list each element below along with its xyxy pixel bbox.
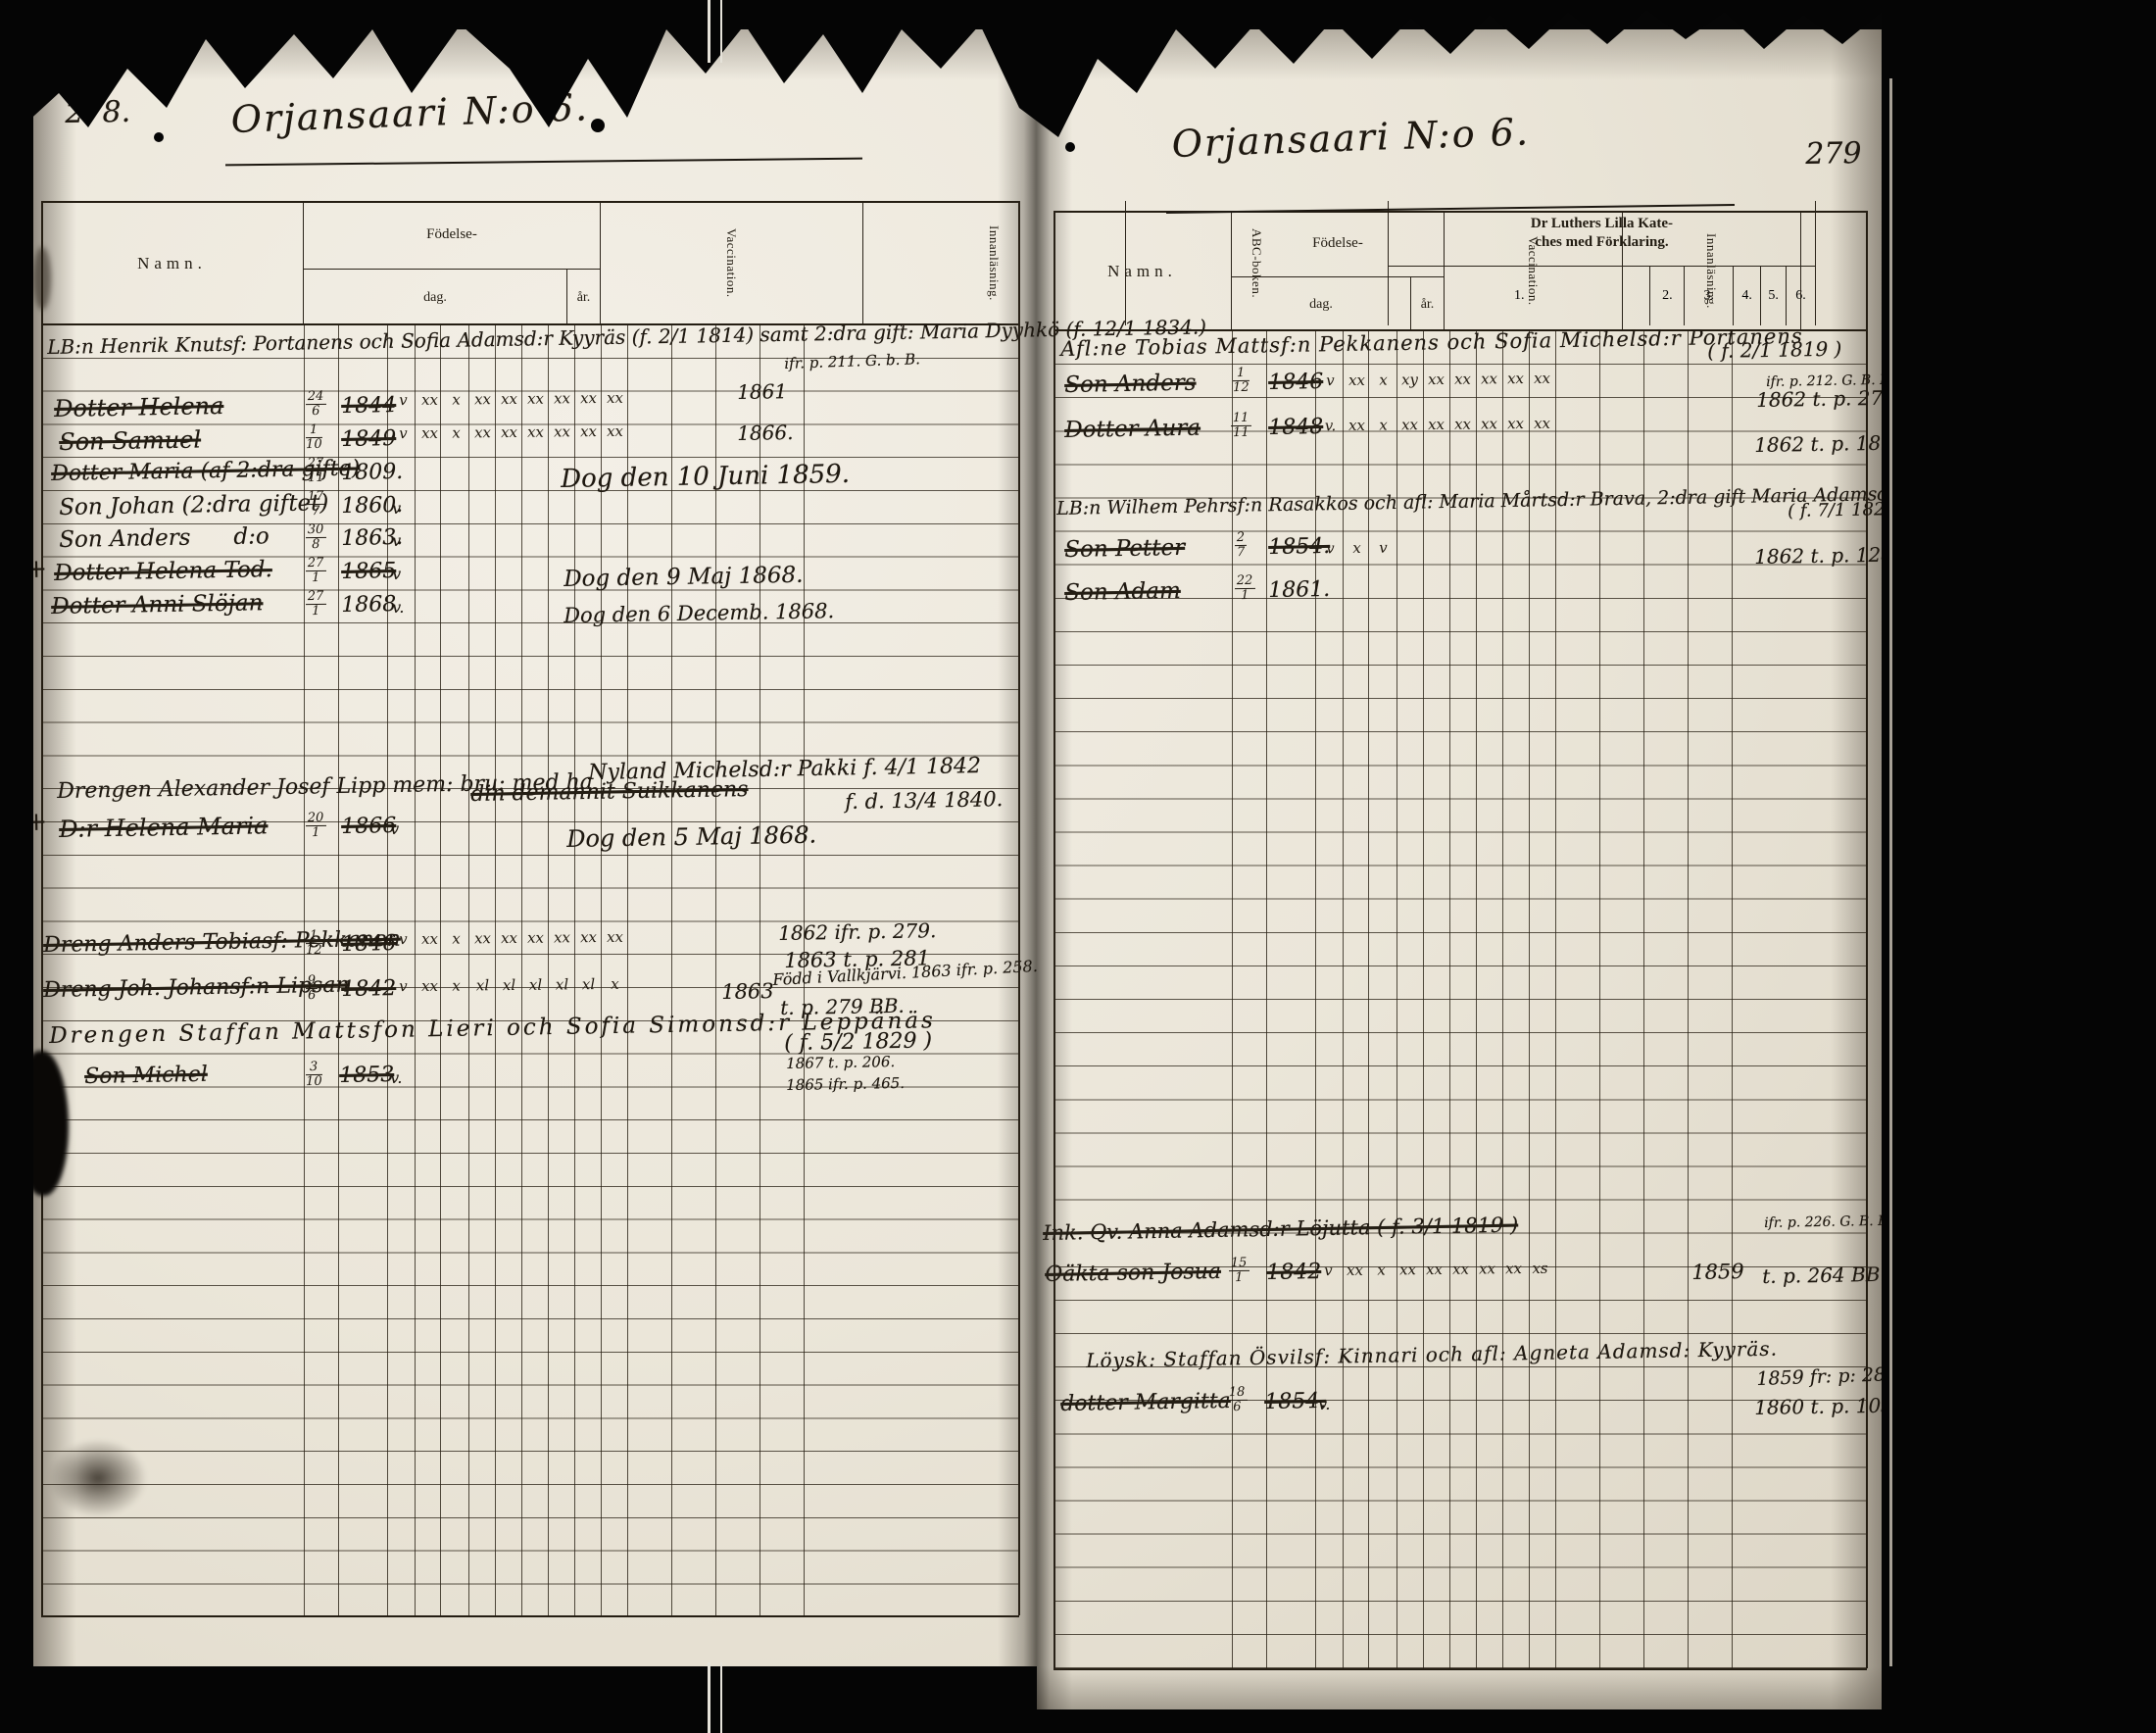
mark-cell: xx bbox=[416, 424, 443, 442]
mark-cell: xx bbox=[1529, 370, 1555, 387]
column-line bbox=[1315, 331, 1316, 1668]
column-line bbox=[1449, 331, 1450, 1668]
mark-cell: xx bbox=[416, 391, 443, 409]
handwritten-text: 1862 t. p. 189. bbox=[1754, 430, 1899, 457]
handwritten-text: v. bbox=[390, 1068, 403, 1087]
handwritten-date-fraction: 151 bbox=[1229, 1257, 1249, 1287]
column-line bbox=[548, 325, 549, 1615]
header-vacc-label: Vaccination. bbox=[724, 228, 739, 298]
film-separation-line-top-2 bbox=[720, 0, 722, 63]
smudge-left-margin bbox=[33, 247, 51, 310]
mark-cell: xx bbox=[1447, 1261, 1474, 1278]
mark-cell: v. bbox=[1317, 417, 1344, 434]
handwritten-text: 1867 t. p. 206. bbox=[786, 1053, 895, 1072]
mark-cell: xx bbox=[1474, 1260, 1500, 1277]
column-line bbox=[495, 325, 496, 1615]
examination-marks: vxxxxxxxxxxxxxxs bbox=[1315, 1260, 1553, 1280]
handwritten-text: 1863 bbox=[721, 979, 774, 1004]
handwritten-text: 1862 ifr. p. 279. bbox=[778, 918, 937, 945]
mark-cell: v bbox=[1317, 371, 1344, 389]
mark-cell: xx bbox=[549, 389, 575, 407]
handwritten-text: v. bbox=[392, 598, 405, 617]
handwritten-text: 1846 bbox=[1268, 370, 1323, 395]
film-separation-line-bottom-1 bbox=[708, 1662, 710, 1733]
handwritten-text: 1866. bbox=[737, 421, 794, 445]
scan-border-right bbox=[1882, 0, 2156, 1733]
header-vacc: Vaccination. bbox=[601, 201, 863, 325]
handwritten-text: Dotter Anni Slöjan bbox=[51, 590, 264, 619]
handwritten-text: din demannit Suikkanens bbox=[470, 777, 749, 807]
table-right-border bbox=[1866, 211, 1868, 1668]
handwritten-date-fraction: 271 bbox=[306, 557, 326, 587]
handwritten-text: 1842 bbox=[341, 976, 396, 1002]
handwritten-text: dotter Margitta bbox=[1060, 1389, 1231, 1416]
header-fodelse: Födelse-dag.år. bbox=[1232, 211, 1445, 331]
header-ar-label: år. bbox=[1411, 297, 1444, 313]
handwritten-text: Son Anders bbox=[1064, 371, 1197, 398]
handwritten-text: v bbox=[392, 565, 401, 583]
handwritten-text: 1860 t. p. 103. bbox=[1754, 1393, 1899, 1419]
column-line bbox=[1476, 331, 1477, 1668]
mark-cell: v bbox=[1370, 539, 1396, 557]
column-line bbox=[715, 325, 716, 1615]
header-namn: Namn. bbox=[1053, 211, 1232, 331]
examination-marks: vxxxxxxxxxxxxxxx bbox=[390, 928, 628, 949]
handwritten-date-fraction: 308 bbox=[306, 523, 326, 554]
mark-cell: xx bbox=[496, 390, 522, 408]
handwritten-date-fraction: 96 bbox=[306, 974, 318, 1004]
mark-cell: xx bbox=[1396, 416, 1423, 433]
handwritten-text: v bbox=[392, 531, 401, 550]
mark-cell: xx bbox=[522, 929, 549, 947]
column-line bbox=[759, 325, 760, 1615]
examination-marks: vxxxxxxxxxxxxxxx bbox=[390, 422, 628, 443]
handwritten-text: 1861 bbox=[737, 379, 787, 404]
handwritten-text: 1854. bbox=[1264, 1389, 1326, 1414]
mark-cell: xl bbox=[522, 976, 549, 994]
handwritten-text: Son Samuel bbox=[59, 425, 201, 456]
ruled-rows bbox=[1053, 331, 1867, 1668]
mark-cell: xx bbox=[575, 422, 602, 440]
handwritten-text: 1865 bbox=[341, 559, 396, 584]
table-bottom-border bbox=[1053, 1668, 1867, 1670]
column-line bbox=[1368, 331, 1369, 1668]
column-line bbox=[415, 325, 416, 1615]
column-line bbox=[1232, 331, 1233, 1668]
mark-cell: xx bbox=[575, 928, 602, 946]
mark-cell: xx bbox=[602, 928, 628, 946]
handwritten-text: v. bbox=[1318, 1395, 1331, 1413]
handwritten-text: Son Anders d:o bbox=[59, 523, 269, 553]
mark-cell: xx bbox=[1529, 415, 1555, 432]
mark-cell: xx bbox=[416, 977, 443, 995]
mark-cell: x bbox=[1370, 371, 1396, 388]
column-line bbox=[338, 325, 339, 1615]
column-line bbox=[1643, 331, 1644, 1668]
column-line bbox=[521, 325, 522, 1615]
mark-cell: x bbox=[443, 423, 469, 441]
handwritten-text: 1861. bbox=[1268, 577, 1330, 603]
mark-cell: xl bbox=[469, 976, 496, 994]
mark-cell: xx bbox=[1476, 415, 1502, 432]
handwritten-text: 1844 bbox=[341, 393, 396, 419]
column-line bbox=[1529, 331, 1530, 1668]
mark-cell: xx bbox=[549, 928, 575, 946]
header-vacc-label: Vaccination. bbox=[1526, 236, 1541, 306]
handwritten-date-fraction: 112 bbox=[306, 929, 322, 960]
handwritten-text: Son Petter bbox=[1064, 535, 1185, 563]
header-dag-label: dag. bbox=[304, 270, 567, 325]
page-stack-edge-line bbox=[1889, 78, 1892, 1666]
mark-cell: xx bbox=[1500, 1260, 1527, 1277]
handwritten-date-fraction: 177 bbox=[306, 490, 326, 520]
mark-cell: xx bbox=[549, 422, 575, 440]
handwritten-date-fraction: 1111 bbox=[1231, 412, 1251, 442]
handwritten-text: f. d. 13/4 1840. bbox=[845, 787, 1004, 814]
column-line bbox=[1396, 331, 1397, 1668]
handwritten-date-fraction: 221 bbox=[1235, 574, 1255, 605]
mark-cell: x bbox=[443, 390, 469, 408]
column-line bbox=[627, 325, 628, 1615]
mark-cell: xx bbox=[469, 390, 496, 408]
examination-marks: vxv bbox=[1317, 539, 1396, 558]
mark-cell: x bbox=[602, 975, 628, 993]
column-line bbox=[440, 325, 441, 1615]
handwritten-text: 1862 t. p. 278. bbox=[1756, 385, 1901, 412]
film-separation-line-top-1 bbox=[708, 0, 710, 63]
mark-cell: xy bbox=[1396, 371, 1423, 388]
binding-gutter-shadow bbox=[998, 29, 1072, 1711]
mark-cell: x bbox=[1370, 416, 1396, 433]
mark-cell: v bbox=[1315, 1262, 1342, 1279]
handwritten-text: Dog den 5 Maj 1868. bbox=[566, 821, 816, 853]
handwritten-date-fraction: 110 bbox=[306, 423, 322, 454]
mark-cell: xx bbox=[1395, 1261, 1421, 1278]
mark-cell: xx bbox=[496, 929, 522, 947]
handwritten-text: 1849 bbox=[341, 426, 396, 452]
header-namn-label: Namn. bbox=[137, 254, 207, 273]
handwritten-text: 1865 ifr. p. 465. bbox=[786, 1074, 905, 1094]
handwritten-text: 1866 bbox=[341, 814, 396, 839]
column-line bbox=[1555, 331, 1556, 1668]
handwritten-text: Son Michel bbox=[84, 1063, 208, 1089]
column-line bbox=[1343, 331, 1344, 1668]
mark-cell: v bbox=[390, 424, 416, 442]
handwritten-text: Dotter Helena bbox=[54, 392, 224, 422]
mark-cell: xl bbox=[496, 976, 522, 994]
scanned-document: 278.Orjansaari N:o 6.Namn.Födelse-dag.år… bbox=[0, 0, 2156, 1733]
mark-cell: xx bbox=[1502, 370, 1529, 387]
handwritten-text: 1862 t. p. 128. bbox=[1754, 542, 1899, 569]
handwritten-date-fraction: 201 bbox=[306, 812, 326, 842]
handwritten-text: Dog den 6 Decemb. 1868. bbox=[563, 599, 834, 627]
column-line bbox=[304, 325, 305, 1615]
mark-cell: xx bbox=[1423, 371, 1449, 388]
column-line bbox=[468, 325, 469, 1615]
mark-cell: xx bbox=[1502, 415, 1529, 432]
mark-cell: x bbox=[1344, 539, 1370, 557]
mark-cell: xs bbox=[1527, 1260, 1553, 1277]
mark-cell: v bbox=[1317, 539, 1344, 557]
handwritten-text: 1859 bbox=[1691, 1260, 1744, 1284]
header-fodelse: Födelse-dag.år. bbox=[304, 201, 601, 325]
table-bottom-border bbox=[41, 1615, 1019, 1617]
handwritten-text: 1868 bbox=[341, 592, 396, 618]
scan-border-bottom bbox=[0, 1709, 2156, 1733]
mark-cell: xx bbox=[1476, 370, 1502, 387]
column-line bbox=[671, 325, 672, 1615]
handwritten-date-fraction: 310 bbox=[306, 1061, 322, 1091]
mark-cell: xx bbox=[1449, 371, 1476, 388]
handwritten-text: Dog den 10 Juni 1859. bbox=[561, 460, 850, 494]
mark-cell: xx bbox=[496, 423, 522, 441]
handwritten-text: 1853 bbox=[339, 1063, 394, 1088]
header-namn-label: Namn. bbox=[1107, 262, 1177, 281]
handwritten-text: Son Adam bbox=[1064, 578, 1181, 606]
handwritten-text: 1846 bbox=[341, 931, 396, 957]
mark-cell: xl bbox=[549, 975, 575, 993]
handwritten-date-fraction: 112 bbox=[1233, 367, 1249, 397]
column-line bbox=[1599, 331, 1600, 1668]
torn-paper-edge bbox=[0, 0, 2156, 157]
mark-cell: x bbox=[443, 976, 469, 994]
column-line bbox=[1266, 331, 1267, 1668]
handwritten-text: Dotter Aura bbox=[1064, 416, 1200, 443]
mark-cell: xx bbox=[1344, 371, 1370, 389]
mark-cell: v bbox=[390, 930, 416, 948]
mark-cell: xx bbox=[602, 389, 628, 407]
handwritten-text: Son Johan (2:dra giftet) bbox=[59, 490, 329, 520]
column-line bbox=[1688, 331, 1689, 1668]
header-vacc: Vaccination. bbox=[1445, 211, 1623, 331]
handwritten-date-fraction: 271 bbox=[306, 590, 326, 620]
header-innan-label: Innanläsning. bbox=[1704, 233, 1719, 309]
table-left-border bbox=[41, 201, 43, 1615]
mark-cell: xl bbox=[575, 975, 602, 993]
mark-cell: xx bbox=[416, 930, 443, 948]
mark-cell: xx bbox=[575, 389, 602, 407]
header-fodelse-label: Födelse- bbox=[1312, 235, 1363, 252]
handwritten-text: ifr. p. 226. G. B. B. bbox=[1764, 1213, 1892, 1231]
header-namn: Namn. bbox=[41, 201, 304, 325]
column-line bbox=[1732, 331, 1733, 1668]
column-line bbox=[601, 325, 602, 1615]
examination-marks: v.xxxxxxxxxxxxxxx bbox=[1317, 415, 1555, 435]
examination-marks: vxxxxxxxxxxxxxxx bbox=[390, 389, 628, 410]
mark-cell: xx bbox=[1342, 1262, 1368, 1279]
mark-cell: xx bbox=[1449, 416, 1476, 433]
mark-cell: xx bbox=[522, 390, 549, 408]
mark-cell: xx bbox=[1423, 416, 1449, 433]
header-ar-label: år. bbox=[567, 290, 600, 306]
mark-cell: xx bbox=[602, 422, 628, 440]
mark-cell: xx bbox=[469, 423, 496, 441]
handwritten-text: 1809. bbox=[341, 460, 403, 485]
mark-cell: x bbox=[1368, 1261, 1395, 1278]
mark-cell: x bbox=[443, 929, 469, 947]
handwritten-text: ( f. 5/2 1829 ) bbox=[784, 1028, 932, 1056]
ink-smudge-bottom-left bbox=[49, 1439, 147, 1517]
handwritten-text: v bbox=[392, 499, 401, 518]
handwritten-text: 1842 bbox=[1266, 1260, 1321, 1285]
column-line bbox=[574, 325, 575, 1615]
mark-cell: v bbox=[390, 977, 416, 995]
film-separation-line-bottom-2 bbox=[720, 1662, 722, 1733]
handwritten-text: Dotter Helena Tod. bbox=[54, 557, 272, 586]
mark-cell: xx bbox=[1344, 417, 1370, 434]
handwritten-date-fraction: 27 bbox=[1235, 531, 1248, 561]
handwritten-date-fraction: 246 bbox=[306, 390, 326, 421]
header-innan: Innanläsning. bbox=[1623, 211, 1801, 331]
handwritten-date-fraction: 2711 bbox=[306, 457, 326, 487]
column-line bbox=[1502, 331, 1503, 1668]
column-line bbox=[1423, 331, 1424, 1668]
column-line bbox=[387, 325, 388, 1615]
mark-cell: xx bbox=[522, 423, 549, 441]
header-dag-label: dag. bbox=[1232, 277, 1411, 331]
mark-cell: xx bbox=[1421, 1261, 1447, 1278]
handwritten-text: t. p. 264 BB. bbox=[1762, 1263, 1886, 1288]
table-top-border bbox=[41, 201, 1019, 203]
mark-cell: v bbox=[390, 391, 416, 409]
handwritten-text: 1848 bbox=[1268, 415, 1323, 440]
handwritten-text: Dog den 9 Maj 1868. bbox=[563, 563, 804, 592]
handwritten-text: ( f. 2/1 1819 ) bbox=[1707, 337, 1842, 363]
handwritten-date-fraction: 186 bbox=[1227, 1386, 1248, 1416]
mark-cell: xx bbox=[469, 929, 496, 947]
handwritten-text: D:r Helena Maria bbox=[59, 812, 269, 843]
examination-marks: vxxxxyxxxxxxxxxx bbox=[1317, 370, 1555, 390]
handwritten-text: v bbox=[390, 819, 399, 838]
scan-border-left bbox=[0, 0, 33, 1733]
examination-marks: vxxxxlxlxlxlxlx bbox=[390, 975, 628, 996]
header-fodelse-label: Födelse- bbox=[426, 226, 477, 243]
